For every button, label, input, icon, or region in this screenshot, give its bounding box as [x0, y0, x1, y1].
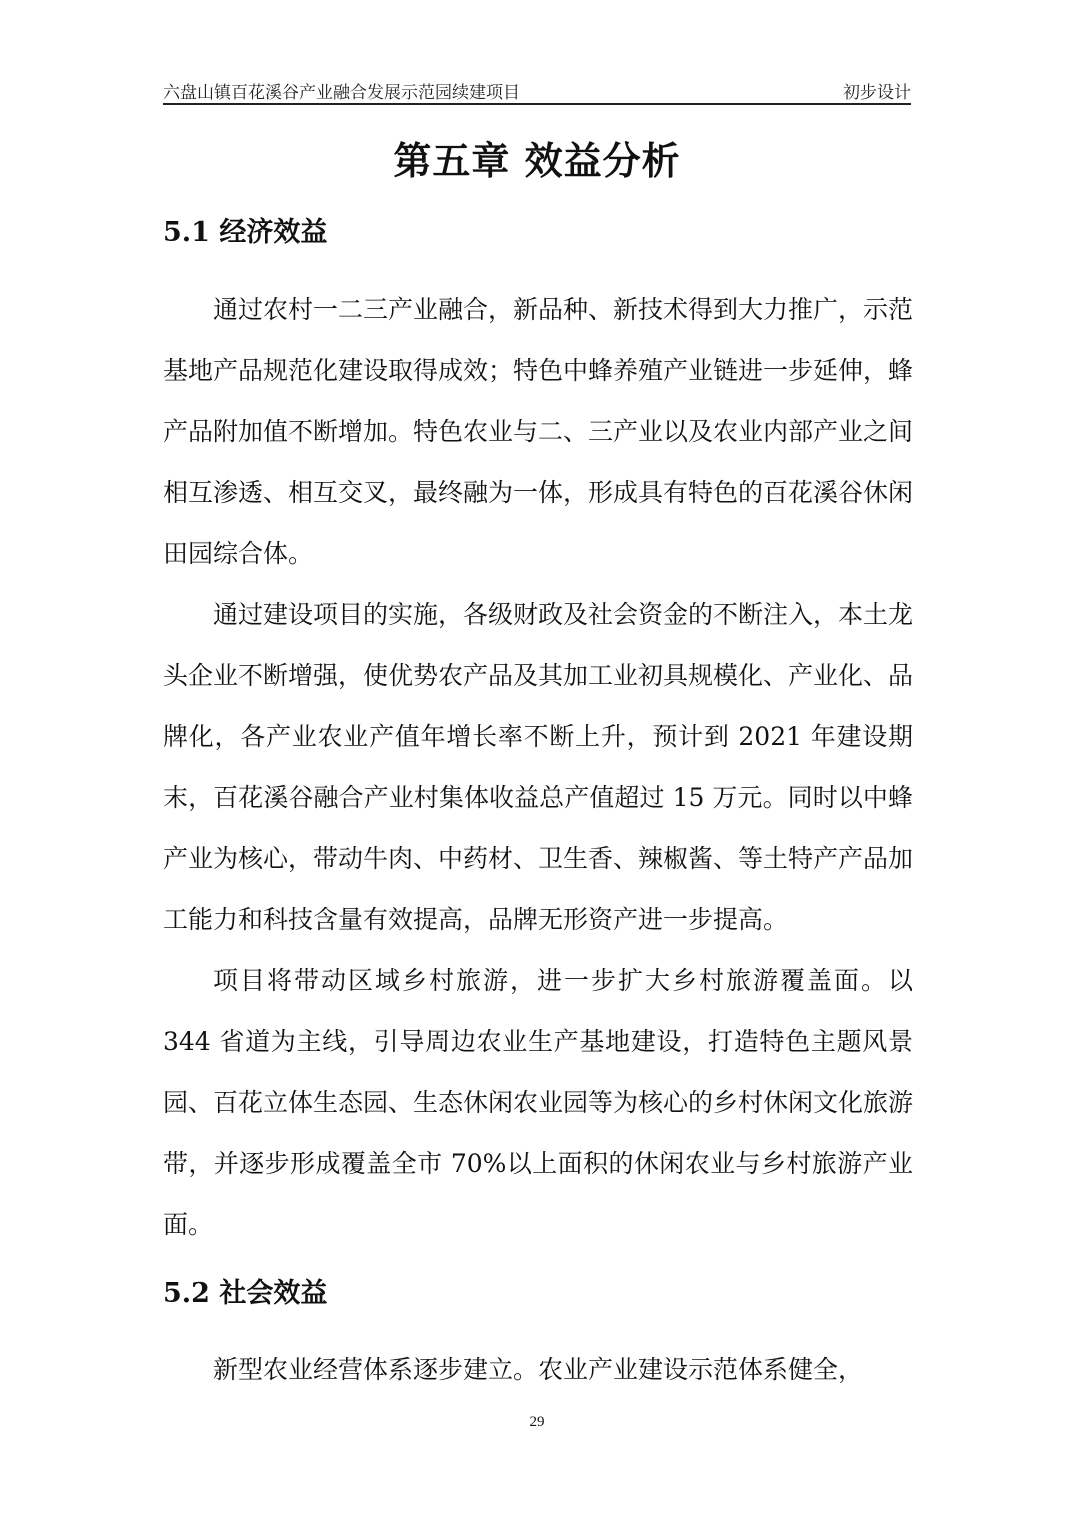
page-number: 29 — [0, 1414, 1074, 1431]
section-title-economic: 5.1 经济效益 — [163, 210, 327, 249]
chapter-title: 第五章 效益分析 — [0, 130, 1074, 185]
section-title-social: 5.2 社会效益 — [163, 1271, 327, 1310]
paragraph: 新型农业经营体系逐步建立。农业产业建设示范体系健全， — [163, 1339, 913, 1400]
page-header: 六盘山镇百花溪谷产业融合发展示范园续建项目 初步设计 — [163, 78, 911, 104]
paragraph: 通过农村一二三产业融合，新品种、新技术得到大力推广，示范基地产品规范化建设取得成… — [163, 279, 913, 584]
section-body-social: 新型农业经营体系逐步建立。农业产业建设示范体系健全， — [163, 1339, 913, 1400]
header-divider — [163, 103, 911, 105]
paragraph: 项目将带动区域乡村旅游，进一步扩大乡村旅游覆盖面。以 344 省道为主线，引导周… — [163, 950, 913, 1255]
header-project-title: 六盘山镇百花溪谷产业融合发展示范园续建项目 — [163, 78, 520, 103]
section-body-economic: 通过农村一二三产业融合，新品种、新技术得到大力推广，示范基地产品规范化建设取得成… — [163, 279, 913, 1255]
header-doc-stage: 初步设计 — [843, 78, 911, 103]
paragraph: 通过建设项目的实施，各级财政及社会资金的不断注入，本土龙头企业不断增强，使优势农… — [163, 584, 913, 950]
